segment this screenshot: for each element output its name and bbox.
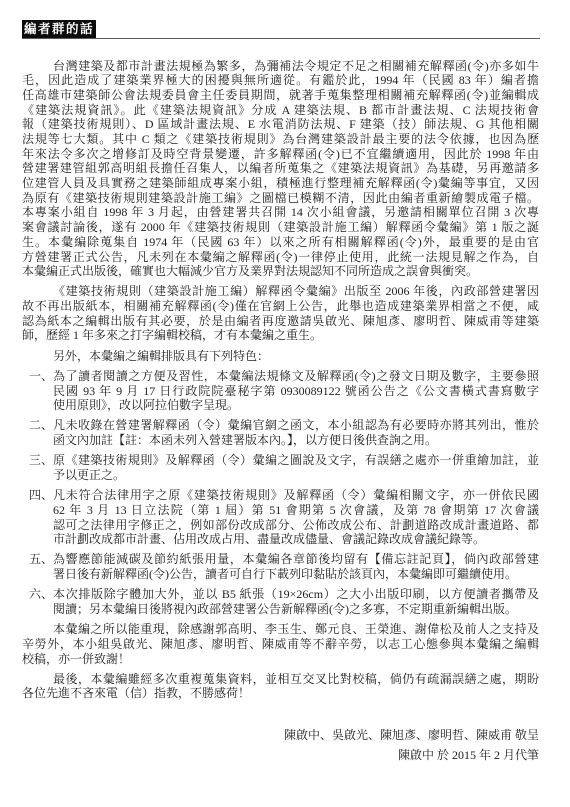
text-line: 為響應節能減碳及節約紙張用量，本彙編各章節後均留有【備忘註記頁】，倘內政部營建 xyxy=(53,552,539,567)
text-line: 予以更正之。 xyxy=(53,468,539,483)
text-line: 最後，本彙編雖經多次重複蒐集資料，並相互交叉比對校稿，倘仍有疏漏誤繕之處，期盼 xyxy=(22,672,539,687)
feature-item-6: 六、 本次排版除字體加大外，並以 B5 紙張（19×26cm）之大小出版印刷，以… xyxy=(22,587,539,616)
feature-item-5: 五、 為響應節能減碳及節約紙張用量，本彙編各章節後均留有【備忘註記頁】，倘內政部… xyxy=(22,552,539,581)
text-line: 署日後有新解釋函(令)公告，讀者可自行下載列印黏貼於該頁內，本彙編即可繼續使用。 xyxy=(53,567,539,582)
feature-item-2: 二、 凡未收錄在營建署解釋函（令）彙編官網之函文，本小組認為有必要時亦將其列出，… xyxy=(22,418,539,447)
text-line: 市計劃改成都市計畫、佔用改成占用、盡量改成儘量、會議記錄改成會議紀錄等。 xyxy=(53,532,539,547)
text-line: 故不再出版紙本，相關補充解釋函(令)僅在官網上公告，此舉也造成建築業界相當之不便… xyxy=(22,299,539,314)
text-line: 函文內加註【註：本函未列入營建署版本內。】，以方便日後供查詢之用。 xyxy=(53,433,539,448)
text-line: 案會議討論後，遂有 2000 年《建築技術規則（建築設計施工編）解釋函令彙編》第… xyxy=(22,220,539,235)
text-line: 本專案小組自 1998 年 3 月起，由營建署共召開 14 次小組會議，另邀請相… xyxy=(22,205,539,220)
list-marker: 四、 xyxy=(29,488,53,503)
text-line: 本彙編之所以能重現，除感謝郭高明、李玉生、鄭元良、王榮進、謝偉松及前人之支持及 xyxy=(22,622,539,637)
signature-block: 陳啟中、吳啟光、陳旭彥、廖明哲、陳威甫 敬呈 陳啟中 於 2015 年 2 月代… xyxy=(284,725,539,765)
text-line: 民國 93 年 9 月 17 日行政院院臺秘字第 0930089122 號函公告… xyxy=(53,384,539,399)
signature-authors: 陳啟中、吳啟光、陳旭彥、廖明哲、陳威甫 敬呈 xyxy=(284,725,539,745)
text-line: 毛，因此造成了建築業界極大的困擾與無所適從。有鑑於此，1994 年（民國 83 … xyxy=(22,73,539,88)
text-line: 師，歷經 1 年多來之打字編輯校稿，才有本彙編之重生。 xyxy=(22,328,539,343)
document-body: 台灣建築及都市計畫法規極為繁多，為彌補法令規定不足之相關補充解釋函(令)亦多如牛… xyxy=(22,59,539,707)
text-line: 校稿，亦一併致謝！ xyxy=(22,652,539,667)
feature-item-3: 三、 原《建築技術規則》及解釋函（令）彙編之圖說及文字，有誤繕之處亦一併重繪加註… xyxy=(22,453,539,482)
text-line: 原《建築技術規則》及解釋函（令）彙編之圖說及文字，有誤繕之處亦一併重繪加註，並 xyxy=(53,453,539,468)
paragraph-features-intro: 另外，本彙編之編輯排版具有下列特色： xyxy=(22,349,539,364)
text-line: 任高雄市建築師公會法規委員會主任委員期間，就著手蒐集整理相關補充解釋函(令)並編… xyxy=(22,88,539,103)
text-line: 認可之法律用字修正之，例如部份改成部分、公佈改成公布、計劃道路改成計畫道路、都 xyxy=(53,518,539,533)
list-marker: 一、 xyxy=(29,369,53,384)
text-line: 法規等七大類。其中 C 類之《建築技術規則》為台灣建築設計最主要的法令依據，也因… xyxy=(22,132,539,147)
list-marker: 六、 xyxy=(29,587,53,602)
text-line: 台灣建築及都市計畫法規極為繁多，為彌補法令規定不足之相關補充解釋函(令)亦多如牛 xyxy=(22,59,539,74)
list-marker: 五、 xyxy=(29,552,53,567)
text-line: 報（建築技術規則）、D 區域計畫法規、E 水電消防法規、F 建築（技）師法規、G… xyxy=(22,117,539,132)
text-line: 方營建署正式公告，凡未列在本彙編之解釋函(令)一律停止使用，此統一法規見解之作為… xyxy=(22,250,539,265)
text-line: 《建築法規資訊》。此《建築法規資訊》分成 A 建築法規、B 都市計畫法規、C 法… xyxy=(22,103,539,118)
text-line: 本彙編正式出版後，確實也大幅減少官方及業界對法規認知不同所造成之誤會與衝突。 xyxy=(22,264,539,279)
paragraph-acknowledgements: 本彙編之所以能重現，除感謝郭高明、李玉生、鄭元良、王榮進、謝偉松及前人之支持及 … xyxy=(22,622,539,666)
paragraph-intro-1: 台灣建築及都市計畫法規極為繁多，為彌補法令規定不足之相關補充解釋函(令)亦多如牛… xyxy=(22,59,539,279)
feature-item-4: 四、 凡未符合法律用字之原《建築技術規則》及解釋函（令）彙編相關文字，亦一併依民… xyxy=(22,488,539,547)
text-line: 年來法令多次之增修訂及時空背景變遷，許多解釋函(令)已不宜繼續適用，因此於 19… xyxy=(22,147,539,162)
feature-item-1: 一、 為了讀者閱讀之方便及習性，本彙編法規條文及解釋函(令)之發文日期及數字，主… xyxy=(22,369,539,413)
text-line: 為原有《建築技術規則建築設計施工編》之圖檔已模糊不清，因此由編者重新繪製成電子檔… xyxy=(22,191,539,206)
text-line: 認為紙本之編輯出版有其必要，於是由編者再度邀請吳啟光、陳旭彥、廖明哲、陳威甫等建… xyxy=(22,314,539,329)
text-line: 凡未符合法律用字之原《建築技術規則》及解釋函（令）彙編相關文字，亦一併依民國 xyxy=(53,488,539,503)
text-line: 營建署建管組郭高明組長擔任召集人，以編者所蒐集之《建築法規資訊》為基礎，另再邀請… xyxy=(22,161,539,176)
list-marker: 二、 xyxy=(29,418,53,433)
text-line: 辛勞外，本小組吳啟光、陳旭彥、廖明哲、陳威甫等不辭辛勞，以志工心態參與本彙編之編… xyxy=(22,637,539,652)
text-line: 另外，本彙編之編輯排版具有下列特色： xyxy=(22,349,539,364)
signature-date: 陳啟中 於 2015 年 2 月代筆 xyxy=(284,745,539,765)
text-line: 閱讀；另本彙編日後將視內政部營建署公告新解釋函(令)之多寡，不定期重新編輯出版。 xyxy=(53,602,539,617)
text-line: 各位先進不吝來電（信）指教，不勝感荷！ xyxy=(22,686,539,701)
section-title: 編者群的話 xyxy=(22,20,96,38)
text-line: 生。本彙編除蒐集自 1974 年（民國 63 年）以來之所有相關解釋函(令)外，… xyxy=(22,235,539,250)
text-line: 本次排版除字體加大外，並以 B5 紙張（19×26cm）之大小出版印刷，以方便讀… xyxy=(53,587,539,602)
paragraph-closing: 最後，本彙編雖經多次重複蒐集資料，並相互交叉比對校稿，倘仍有疏漏誤繕之處，期盼 … xyxy=(22,672,539,701)
text-line: 使用原則》，改以阿拉伯數字呈現。 xyxy=(53,398,539,413)
text-line: 位建管人員及具實務之建築師組成專案小組，積極進行整理補充解釋函(令)彙編等事宜，… xyxy=(22,176,539,191)
list-marker: 三、 xyxy=(29,453,53,468)
paragraph-intro-2: 《建築技術規則（建築設計施工編）解釋函令彙編》出版至 2006 年後，內政部營建… xyxy=(22,284,539,343)
text-line: 凡未收錄在營建署解釋函（令）彙編官網之函文，本小組認為有必要時亦將其列出，惟於 xyxy=(53,418,539,433)
text-line: 62 年 3 月 13 日立法院（第 1 屆）第 51 會期第 5 次會議，及第… xyxy=(53,503,539,518)
text-line: 《建築技術規則（建築設計施工編）解釋函令彙編》出版至 2006 年後，內政部營建… xyxy=(22,284,539,299)
text-line: 為了讀者閱讀之方便及習性，本彙編法規條文及解釋函(令)之發文日期及數字，主要參照 xyxy=(53,369,539,384)
title-divider xyxy=(22,38,540,39)
